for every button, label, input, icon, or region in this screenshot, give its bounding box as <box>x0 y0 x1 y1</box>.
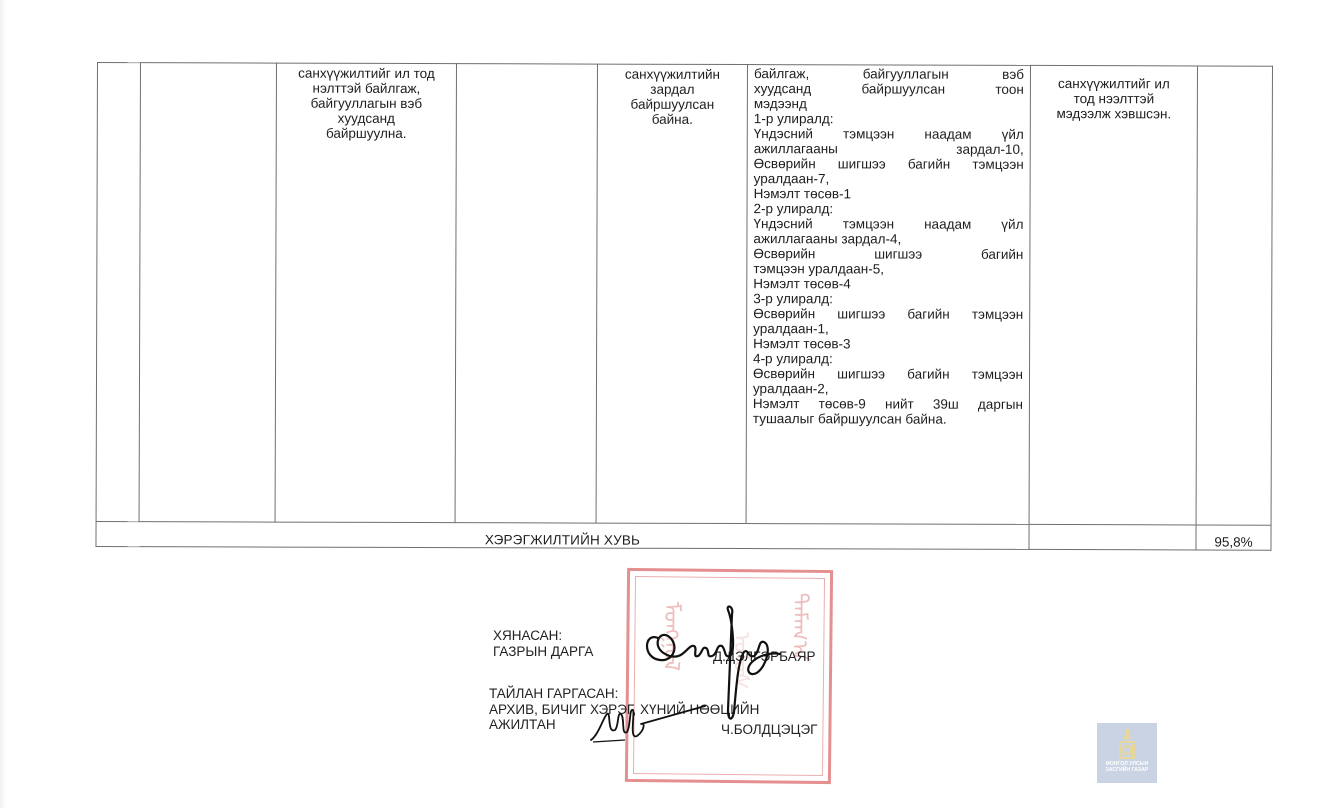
implementation-line: Нэмэлт төсөв-3 <box>753 336 1023 352</box>
implementation-line: Үндэсний тэмцээн наадам үйл <box>753 216 1023 232</box>
implementation-line: тушаалыг байршуулсан байна. <box>753 411 1023 427</box>
logo-caption: МОНГОЛ УЛСЫН ЗАСГИЙН ГАЗАР <box>1106 761 1149 773</box>
summary-empty <box>1029 524 1196 550</box>
table-row: санхүүжилтийг ил тод нэлттэй байлгаж, ба… <box>96 63 1272 526</box>
implementation-line: уралдаан-2, <box>753 381 1023 397</box>
implementation-line: Өсвөрийн шигшээ багийн тэмцээн <box>754 156 1024 172</box>
cell-result: санхүүжилтийг ил тод нээлттэй мэдээлж хэ… <box>1029 65 1197 525</box>
implementation-line: Өсвөрийн шигшээ багийн тэмцээн <box>753 306 1023 322</box>
implementation-line: 4-р улиралд: <box>753 351 1023 367</box>
implementation-line: хуудсанд байршуулсан тоон <box>754 81 1024 97</box>
reviewed-label: ХЯНАСАН: <box>493 628 562 643</box>
implementation-line: 2-р улиралд: <box>754 201 1024 217</box>
implementation-line: Нэмэлт төсөв-1 <box>754 186 1024 202</box>
cell-score <box>1196 66 1272 525</box>
implementation-line: Нэмэлт төсөв-4 <box>753 276 1023 292</box>
implementation-line: тэмцээн уралдаан-5, <box>753 261 1023 277</box>
preparer-signature-icon <box>585 700 715 750</box>
cell-line: байгууллагын вэб <box>283 96 450 112</box>
scan-page-edge <box>0 0 6 808</box>
cell-line: байршуулна. <box>283 126 450 142</box>
cell-indicator: санхүүжилтийн зардал байршуулсан байна. <box>596 64 747 523</box>
implementation-line: Өсвөрийн шигшээ багийн тэмцээн <box>753 366 1023 382</box>
cell-empty <box>455 64 597 523</box>
implementation-line: мэдээнд <box>754 96 1024 112</box>
implementation-line: ажиллагааны зардал-4, <box>753 231 1023 247</box>
cell-empty <box>139 63 276 522</box>
cell-line: нэлттэй байлгаж, <box>283 81 450 97</box>
cell-index <box>96 63 140 522</box>
reviewer-title: ГАЗРЫН ДАРГА <box>493 644 593 659</box>
implementation-line: 1-р улиралд: <box>754 111 1024 127</box>
government-logo: МОНГОЛ УЛСЫН ЗАСГИЙН ГАЗАР <box>1097 723 1157 783</box>
cell-action: санхүүжилтийг ил тод нэлттэй байлгаж, ба… <box>275 63 456 523</box>
cell-line: зардал <box>604 82 741 97</box>
implementation-line: Өсвөрийн шигшээ багийн <box>753 246 1023 262</box>
cell-line: санхүүжилтийг ил тод <box>283 66 450 82</box>
prepared-label: ТАЙЛАН ГАРГАСАН: <box>489 686 618 701</box>
logo-line-2: ЗАСГИЙН ГАЗАР <box>1106 767 1149 773</box>
cell-line: байршуулсан <box>604 97 741 112</box>
implementation-line: Үндэсний тэмцээн наадам үйл <box>754 126 1024 142</box>
cell-line: мэдээлж хэвшсэн. <box>1037 106 1191 121</box>
implementation-line: ажиллагааны зардал-10, <box>754 141 1024 157</box>
preparer-title: АЖИЛТАН <box>489 717 556 732</box>
cell-implementation: байлгаж, байгууллагын вэбхуудсанд байршу… <box>746 65 1030 525</box>
cell-line: тод нээлттэй <box>1037 91 1191 106</box>
cell-line: санхүүжилтийг ил <box>1037 76 1191 91</box>
cell-line: байна. <box>604 112 741 127</box>
summary-row: ХЭРЭГЖИЛТИЙН ХУВЬ 95,8% <box>96 521 1271 550</box>
implementation-line: байлгаж, байгууллагын вэб <box>754 66 1024 82</box>
implementation-percentage: 95,8% <box>1196 525 1271 550</box>
cell-line: хуудсанд <box>283 111 450 127</box>
report-table: санхүүжилтийг ил тод нэлттэй байлгаж, ба… <box>95 62 1273 551</box>
implementation-line: Нэмэлт төсөв-9 нийт 39ш даргын <box>753 396 1023 412</box>
implementation-line: 3-р улиралд: <box>753 291 1023 307</box>
summary-label: ХЭРЭГЖИЛТИЙН ХУВЬ <box>96 521 1029 549</box>
implementation-line: уралдаан-7, <box>754 171 1024 187</box>
soyombo-emblem-icon <box>1116 729 1138 759</box>
implementation-line: уралдаан-1, <box>753 321 1023 337</box>
cell-line: санхүүжилтийн <box>604 67 741 82</box>
